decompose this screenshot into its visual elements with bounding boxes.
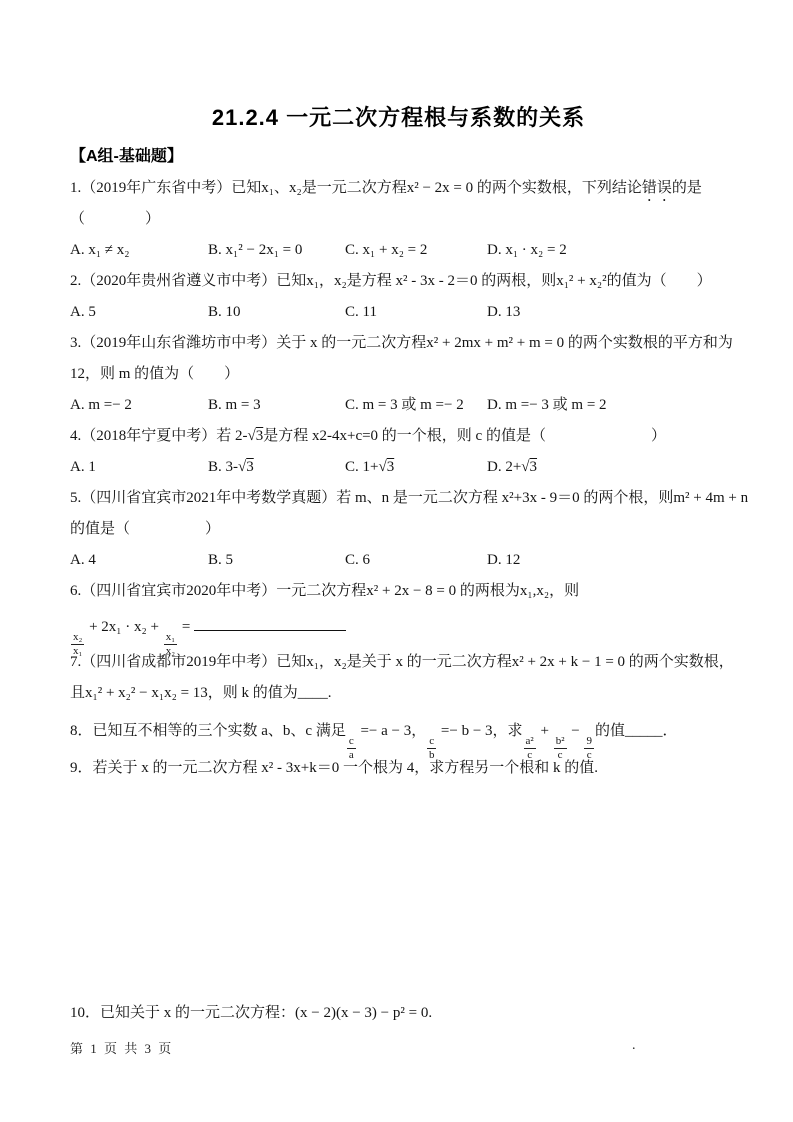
question-3-options: A. m =− 2 B. m = 3 C. m = 3 或 m =− 2 D. … — [70, 390, 727, 421]
question-1-option-b: B. x₁² − 2x₁ = 0 — [208, 235, 345, 266]
question-2-options: A. 5 B. 10 C. 11 D. 13 — [70, 297, 727, 328]
question-2-option-d: D. 13 — [487, 297, 727, 328]
page-number-footer: 第 1 页 共 3 页 — [70, 1039, 173, 1059]
question-8-text: 8．已知互不相等的三个实数 a、b、c 满足ca =− a − 3，cb =− … — [70, 709, 727, 753]
question-1-option-c: C. x₁ + x₂ = 2 — [345, 235, 487, 266]
question-4-text: 4.（2018年宁夏中考）若 2-√3是方程 x2-4x+c=0 的一个根，则 … — [70, 421, 727, 452]
question-5-option-a: A. 4 — [70, 545, 208, 576]
question-1-options: A. x₁ ≠ x₂ B. x₁² − 2x₁ = 0 C. x₁ + x₂ =… — [70, 235, 727, 266]
question-9-text: 9．若关于 x 的一元二次方程 x² - 3x+k＝0 一个根为 4，求方程另一… — [70, 753, 727, 784]
stray-period: . — [632, 1036, 636, 1056]
question-1-option-a: A. x₁ ≠ x₂ — [70, 235, 208, 266]
question-3-text: 3.（2019年山东省潍坊市中考）关于 x 的一元二次方程x² + 2mx + … — [70, 328, 727, 359]
question-7-text-2: 且x₁² + x₂² − x₁x₂ = 13，则 k 的值为____. — [70, 678, 727, 709]
question-4-option-a: A. 1 — [70, 452, 208, 483]
worksheet-page: 21.2.4 一元二次方程根与系数的关系 【A组-基础题】 1.（2019年广东… — [0, 0, 793, 1122]
question-3-option-c: C. m = 3 或 m =− 2 — [345, 390, 487, 421]
question-3-option-d: D. m =− 3 或 m = 2 — [487, 390, 727, 421]
question-5-option-b: B. 5 — [208, 545, 345, 576]
section-header-group-a: 【A组-基础题】 — [70, 145, 727, 169]
question-1-answer-parens: （ ） — [70, 204, 727, 235]
question-2-option-b: B. 10 — [208, 297, 345, 328]
question-3-text-2: 12，则 m 的值为（ ） — [70, 359, 727, 390]
question-1-option-d: D. x₁ · x₂ = 2 — [487, 235, 727, 266]
question-6-expression: x₂x₁ + 2x₁ · x₂ + x₁x₂ = — [70, 607, 727, 647]
question-5-option-d: D. 12 — [487, 545, 727, 576]
page-content: 21.2.4 一元二次方程根与系数的关系 【A组-基础题】 1.（2019年广东… — [70, 0, 727, 784]
question-5-text: 5.（四川省宜宾市2021年中考数学真题）若 m、n 是一元二次方程 x²+3x… — [70, 483, 727, 514]
question-2-option-a: A. 5 — [70, 297, 208, 328]
questions-area: 1.（2019年广东省中考）已知x₁、x₂是一元二次方程x² − 2x = 0 … — [70, 173, 727, 784]
question-4-option-b: B. 3-√3 — [208, 452, 345, 483]
question-5-option-c: C. 6 — [345, 545, 487, 576]
question-4-options: A. 1 B. 3-√3 C. 1+√3 D. 2+√3 — [70, 452, 727, 483]
question-1-text: 1.（2019年广东省中考）已知x₁、x₂是一元二次方程x² − 2x = 0 … — [70, 173, 727, 204]
question-5-options: A. 4 B. 5 C. 6 D. 12 — [70, 545, 727, 576]
page-title: 21.2.4 一元二次方程根与系数的关系 — [70, 0, 727, 134]
question-3-option-b: B. m = 3 — [208, 390, 345, 421]
question-10-text: 10．已知关于 x 的一元二次方程：(x − 2)(x − 3) − p² = … — [70, 998, 432, 1029]
question-5-text-2: 的值是（ ） — [70, 514, 727, 545]
question-2-text: 2.（2020年贵州省遵义市中考）已知x₁，x₂是方程 x² - 3x - 2＝… — [70, 266, 727, 297]
question-3-option-a: A. m =− 2 — [70, 390, 208, 421]
question-7-text: 7.（四川省成都市2019年中考）已知x₁，x₂是关于 x 的一元二次方程x² … — [70, 647, 727, 678]
question-6-text: 6.（四川省宜宾市2020年中考）一元二次方程x² + 2x − 8 = 0 的… — [70, 576, 727, 607]
question-4-option-d: D. 2+√3 — [487, 452, 727, 483]
question-2-option-c: C. 11 — [345, 297, 487, 328]
question-4-option-c: C. 1+√3 — [345, 452, 487, 483]
